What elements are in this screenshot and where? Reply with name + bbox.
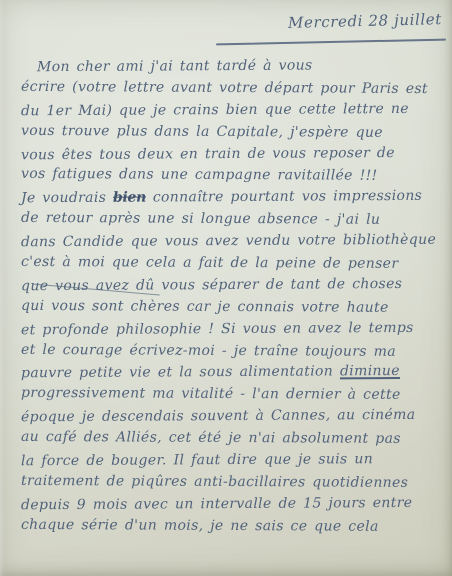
letter-line: écrire (votre lettre avant votre départ … [21, 77, 445, 101]
letter-line: dans Candide que vous avez vendu votre b… [21, 230, 445, 254]
letter-line: c'est à moi que cela a fait de la peine … [21, 252, 445, 276]
letter-page: Mercredi 28 juillet Mon cher ami j'ai ta… [0, 0, 452, 576]
letter-line: au café des Alliés, cet été je n'ai abso… [21, 427, 445, 451]
letter-line: progressivement ma vitalité - l'an derni… [21, 383, 445, 407]
letter-line: vous êtes tous deux en train de vous rep… [21, 142, 445, 166]
letter-line: vos fatigues dans une campagne ravitaill… [21, 164, 445, 188]
letter-line: pauvre petite vie et la sous alimentatio… [21, 361, 445, 385]
letter-line: qui vous sont chères car je connais votr… [21, 296, 445, 320]
letter-line: chaque série d'un mois, je ne sais ce qu… [21, 515, 445, 539]
date-underline-stroke [216, 39, 446, 45]
letter-line: du 1er Mai) que je crains bien que cette… [21, 98, 445, 122]
letter-line: que vous avez dû vous séparer de tant de… [21, 274, 445, 298]
line-text: Je voudrais [21, 190, 113, 207]
letter-line: Mon cher ami j'ai tant tardé à vous [21, 55, 445, 79]
letter-line: et profonde philosophie ! Si vous en ave… [21, 317, 445, 341]
letter-line: traitement de piqûres anti-bacillaires q… [21, 471, 445, 495]
line-text: connaître pourtant vos impressions [146, 188, 422, 206]
letter-body: Mon cher ami j'ai tant tardé à vous écri… [21, 56, 445, 538]
letter-line: depuis 9 mois avec un intervalle de 15 j… [21, 493, 445, 517]
letter-line: de retour après une si longue absence - … [21, 208, 445, 232]
letter-line: la force de bouger. Il faut dire que je … [21, 449, 445, 473]
scribbled-word: bien [113, 190, 146, 206]
letter-line: époque je descendais souvent à Cannes, a… [21, 405, 445, 429]
line-text: pauvre petite vie et la sous alimentatio… [21, 364, 340, 382]
letter-line: Je voudrais bien connaître pourtant vos … [21, 186, 445, 210]
letter-line: et le courage écrivez-moi - je traîne to… [21, 339, 445, 363]
underlined-word: diminue [340, 363, 400, 379]
letter-line: vous trouve plus dans la Capitale, j'esp… [21, 121, 445, 145]
letter-date: Mercredi 28 juillet [288, 10, 442, 32]
